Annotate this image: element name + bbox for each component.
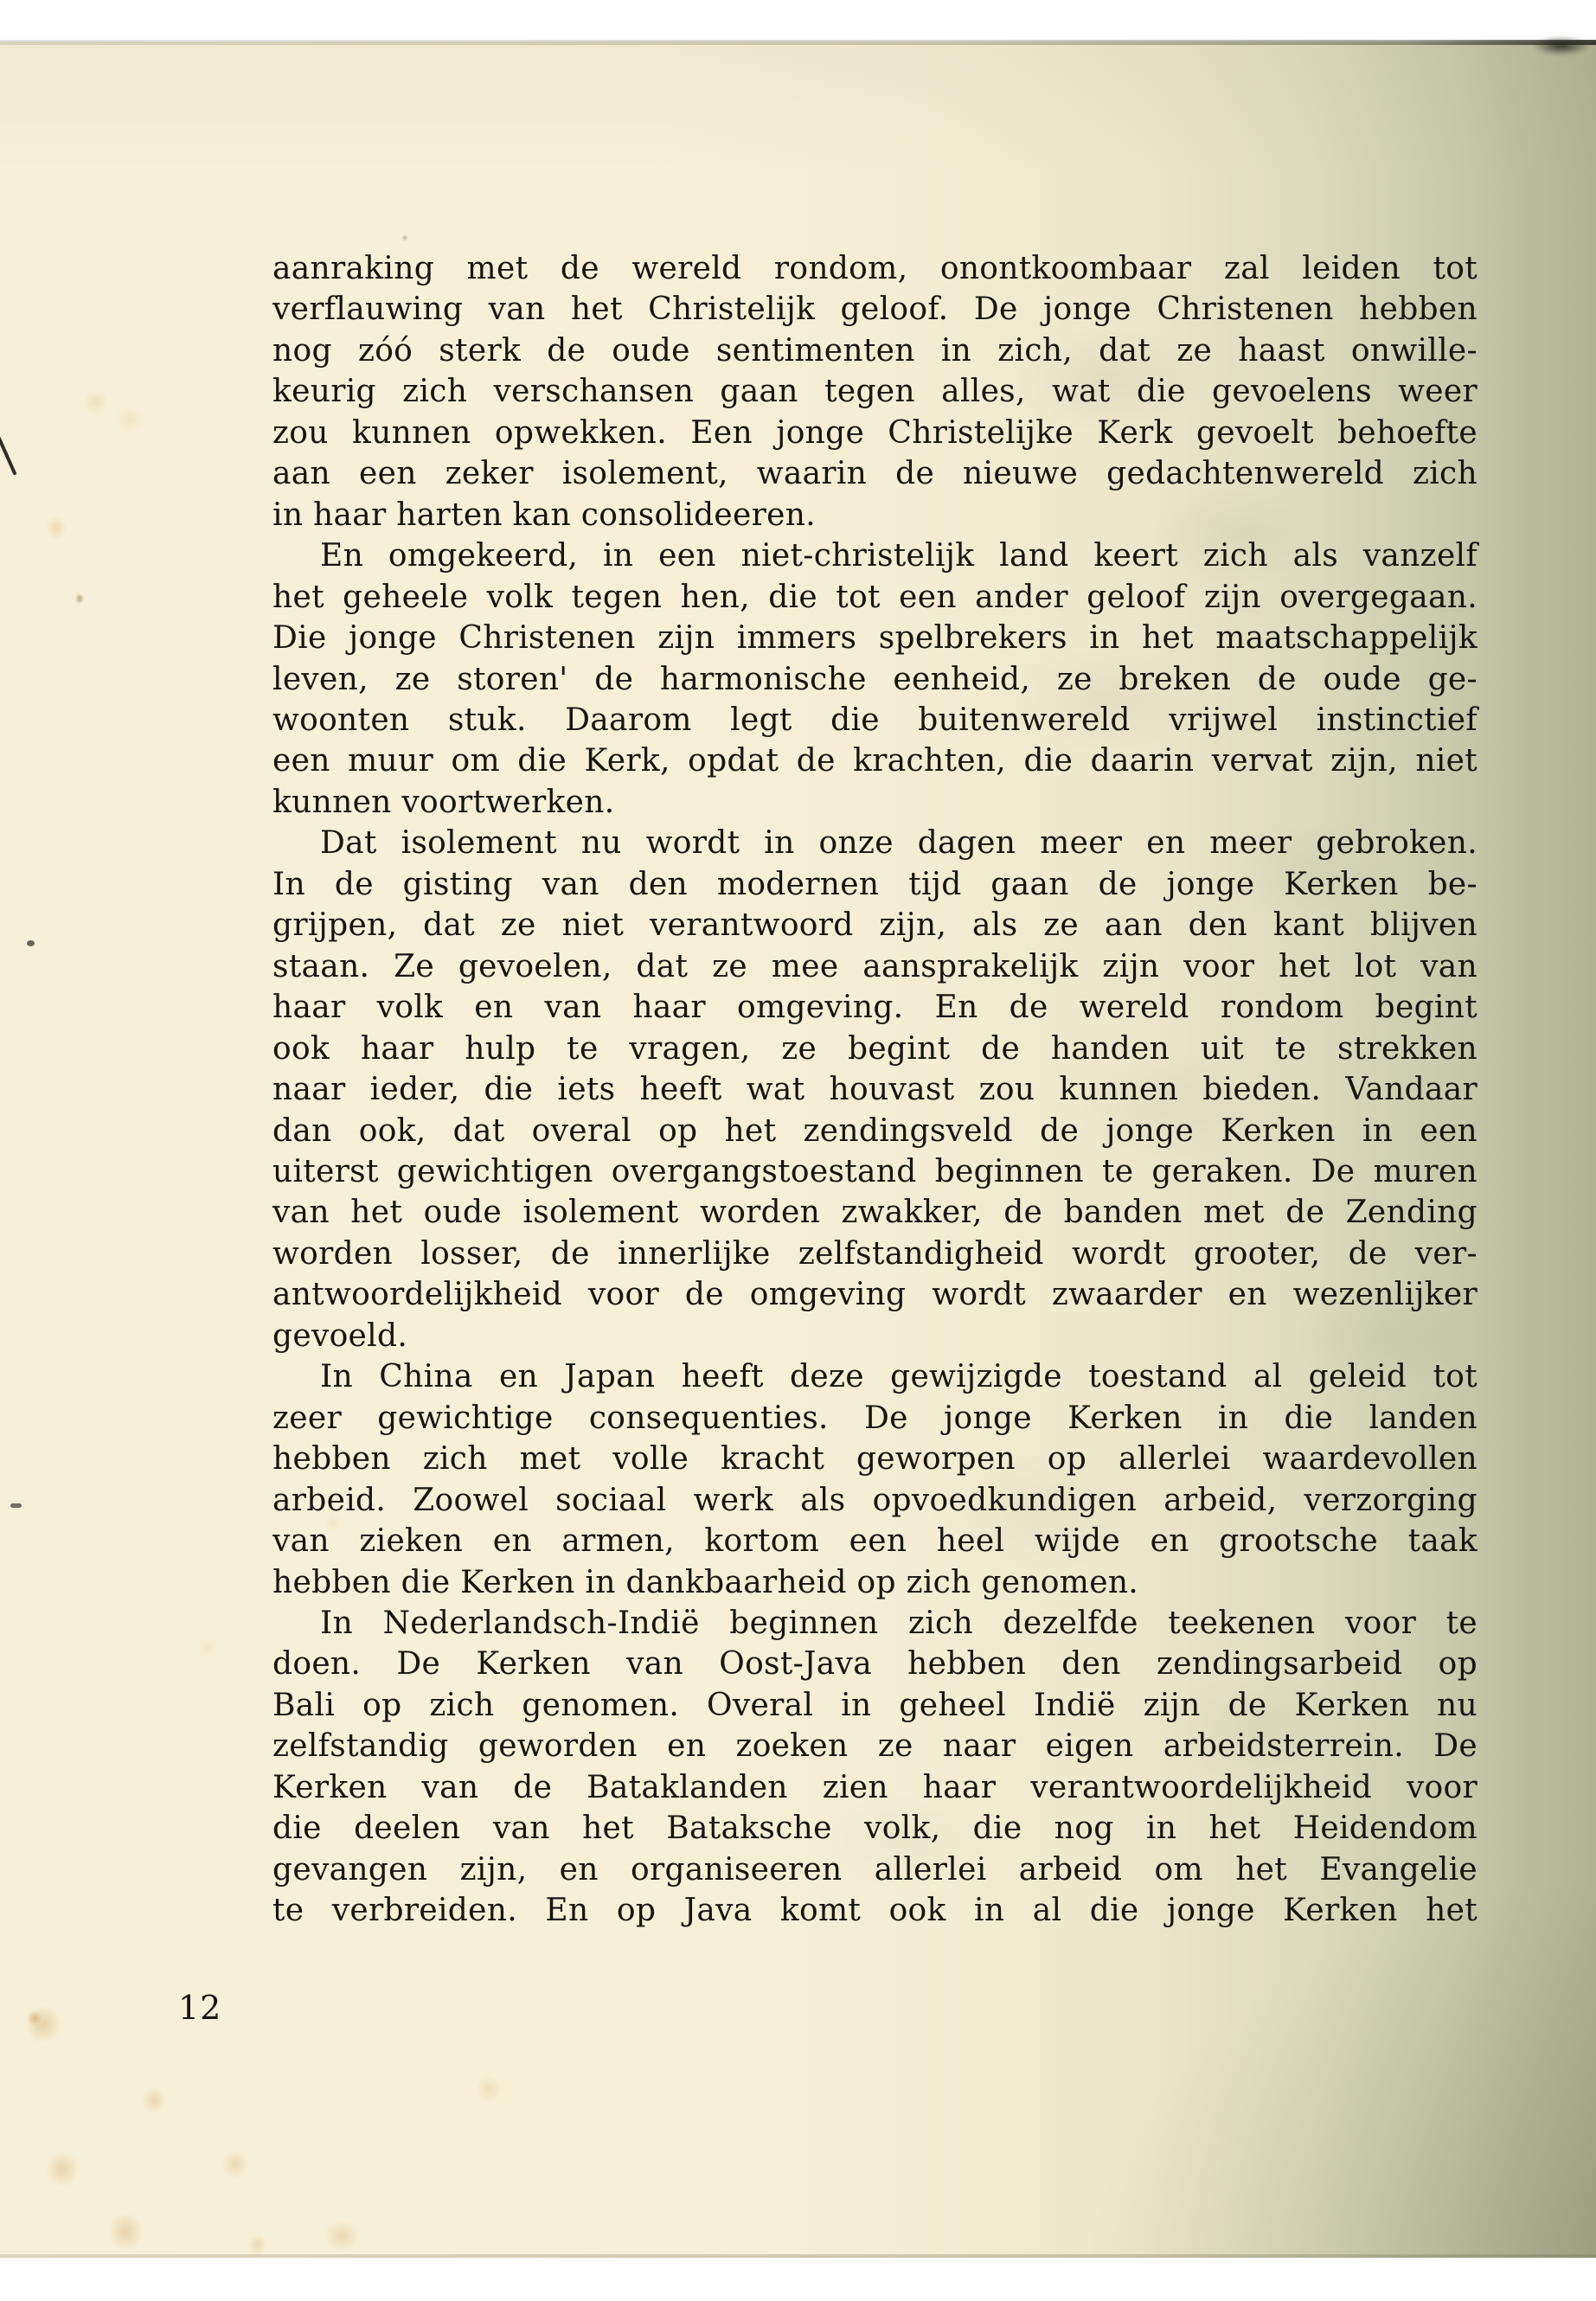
text-line: te verbreiden. En op Java komt ook in al…: [272, 1890, 1477, 1931]
page-number: 12: [178, 1989, 221, 2027]
text-line: zelfstandig geworden en zoeken ze naar e…: [272, 1726, 1477, 1766]
text-line: Kerken van de Bataklanden zien haar vera…: [272, 1767, 1477, 1808]
text-line: in haar harten kan consolideeren.: [272, 495, 1477, 535]
text-line: het geheele volk tegen hen, die tot een …: [272, 577, 1477, 618]
text-line: een muur om die Kerk, opdat de krachten,…: [272, 740, 1477, 781]
text-line: In Nederlandsch-Indië beginnen zich deze…: [272, 1603, 1477, 1644]
text-line: hebben die Kerken in dankbaarheid op zic…: [272, 1562, 1477, 1603]
text-line: keurig zich verschansen gaan tegen alles…: [272, 371, 1477, 412]
text-line: haar volk en van haar omgeving. En de we…: [272, 987, 1477, 1028]
text-line: die deelen van het Bataksche volk, die n…: [272, 1808, 1477, 1849]
body-text-block: aanraking met de wereld rondom, onontkoo…: [272, 248, 1477, 1932]
text-line: van zieken en armen, kortom een heel wij…: [272, 1521, 1477, 1561]
text-line: dan ook, dat overal op het zendingsveld …: [272, 1111, 1477, 1151]
text-line: Die jonge Christenen zijn immers spelbre…: [272, 618, 1477, 658]
text-line: leven, ze storen' de harmonische eenheid…: [272, 659, 1477, 700]
text-line: gevoeld.: [272, 1316, 1477, 1356]
text-line: aan een zeker isolement, waarin de nieuw…: [272, 453, 1477, 494]
text-line: En omgekeerd, in een niet-christelijk la…: [272, 535, 1477, 576]
text-line: naar ieder, die iets heeft wat houvast z…: [272, 1069, 1477, 1110]
text-line: uiterst gewichtigen overgangstoestand be…: [272, 1151, 1477, 1192]
left-margin-speck: [10, 1503, 22, 1508]
text-line: aanraking met de wereld rondom, onontkoo…: [272, 248, 1477, 289]
text-line: Dat isolement nu wordt in onze dagen mee…: [272, 823, 1477, 863]
text-line: nog zóó sterk de oude sentimenten in zic…: [272, 330, 1477, 371]
text-line: staan. Ze gevoelen, dat ze mee aansprake…: [272, 946, 1477, 987]
text-line: In de gisting van den modernen tijd gaan…: [272, 864, 1477, 905]
text-line: doen. De Kerken van Oost-Java hebben den…: [272, 1644, 1477, 1684]
text-line: ook haar hulp te vragen, ze begint de ha…: [272, 1029, 1477, 1069]
text-line: gevangen zijn, en organiseeren allerlei …: [272, 1849, 1477, 1890]
text-line: verflauwing van het Christelijk geloof. …: [272, 289, 1477, 330]
text-line: hebben zich met volle kracht geworpen op…: [272, 1439, 1477, 1479]
text-line: zou kunnen opwekken. Een jonge Christeli…: [272, 413, 1477, 453]
text-line: worden losser, de innerlijke zelfstandig…: [272, 1234, 1477, 1274]
text-line: In China en Japan heeft deze gewijzigde …: [272, 1356, 1477, 1397]
text-line: grijpen, dat ze niet verantwoord zijn, a…: [272, 905, 1477, 945]
text-line: zeer gewichtige consequenties. De jonge …: [272, 1398, 1477, 1439]
text-line: arbeid. Zoowel sociaal werk als opvoedku…: [272, 1480, 1477, 1521]
text-line: Bali op zich genomen. Overal in geheel I…: [272, 1685, 1477, 1726]
scanned-book-page: aanraking met de wereld rondom, onontkoo…: [0, 0, 1596, 2301]
top-right-corner-smudge: [1527, 35, 1596, 57]
left-margin-speck: [27, 940, 35, 946]
text-line: kunnen voortwerken.: [272, 782, 1477, 823]
text-line: woonten stuk. Daarom legt die buitenwere…: [272, 700, 1477, 740]
text-line: van het oude isolement worden zwakker, d…: [272, 1192, 1477, 1233]
text-line: antwoordelijkheid voor de omgeving wordt…: [272, 1274, 1477, 1315]
